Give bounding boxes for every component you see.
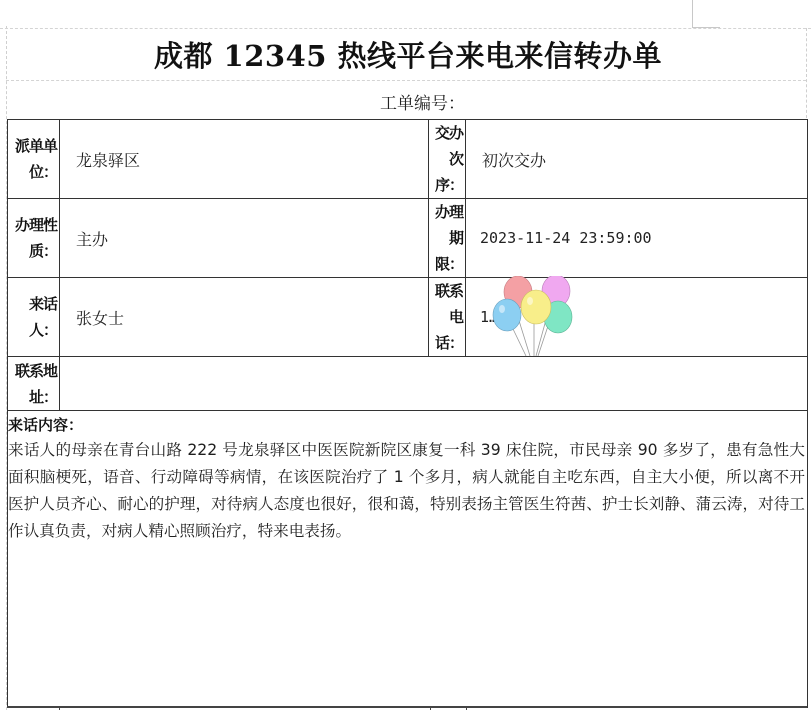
- page-corner-mark: [692, 0, 693, 28]
- dispatch-unit-value[interactable]: 龙泉驿区: [60, 120, 429, 199]
- next-table-top-border: [7, 706, 807, 708]
- call-content-text: 来话人的母亲在青台山路 222 号龙泉驿区中医医院新院区康复一科 39 床住院，…: [8, 437, 807, 545]
- call-content-label: 来话内容：: [8, 413, 807, 437]
- call-content-cell: 来话内容： 来话人的母亲在青台山路 222 号龙泉驿区中医医院新院区康复一科 3…: [8, 411, 808, 708]
- address-label: 联系地址：: [8, 357, 60, 411]
- deadline-label: 办理期限：: [429, 199, 466, 278]
- caller-label: 来话人：: [8, 278, 60, 357]
- phone-label: 联系电话：: [429, 278, 466, 357]
- order-number-value[interactable]: [466, 86, 806, 116]
- deadline-value[interactable]: 2023-11-24 23:59:00: [466, 199, 808, 278]
- dispatch-unit-label: 派单单位：: [8, 120, 60, 199]
- assign-order-value[interactable]: 初次交办: [466, 120, 808, 199]
- document-title: 成都 12345 热线平台来电来信转办单: [8, 28, 808, 80]
- assign-order-label: 交办次序：: [429, 120, 466, 199]
- handling-type-value[interactable]: 主办: [60, 199, 429, 278]
- order-number-label: 工单编号：: [300, 86, 465, 116]
- handling-type-label: 办理性质：: [8, 199, 60, 278]
- form-row-content: 来话内容： 来话人的母亲在青台山路 222 号龙泉驿区中医医院新院区康复一科 3…: [8, 411, 808, 708]
- phone-value[interactable]: 1…: [466, 278, 808, 357]
- caller-value[interactable]: 张女士: [60, 278, 429, 357]
- transfer-form-table: 派单单位： 龙泉驿区 交办次序： 初次交办 办理性质： 主办 办理期限： 202…: [7, 119, 808, 708]
- address-value[interactable]: [60, 357, 808, 411]
- form-row-handling: 办理性质： 主办 办理期限： 2023-11-24 23:59:00: [8, 199, 808, 278]
- sheet-gridline-title-bottom: [6, 80, 806, 81]
- next-table-col-divider: [466, 706, 467, 710]
- form-row-caller: 来话人： 张女士 联系电话： 1…: [8, 278, 808, 357]
- next-table-col-divider: [59, 706, 60, 710]
- form-row-unit: 派单单位： 龙泉驿区 交办次序： 初次交办: [8, 120, 808, 199]
- next-table-col-divider: [430, 706, 431, 710]
- form-row-address: 联系地址：: [8, 357, 808, 411]
